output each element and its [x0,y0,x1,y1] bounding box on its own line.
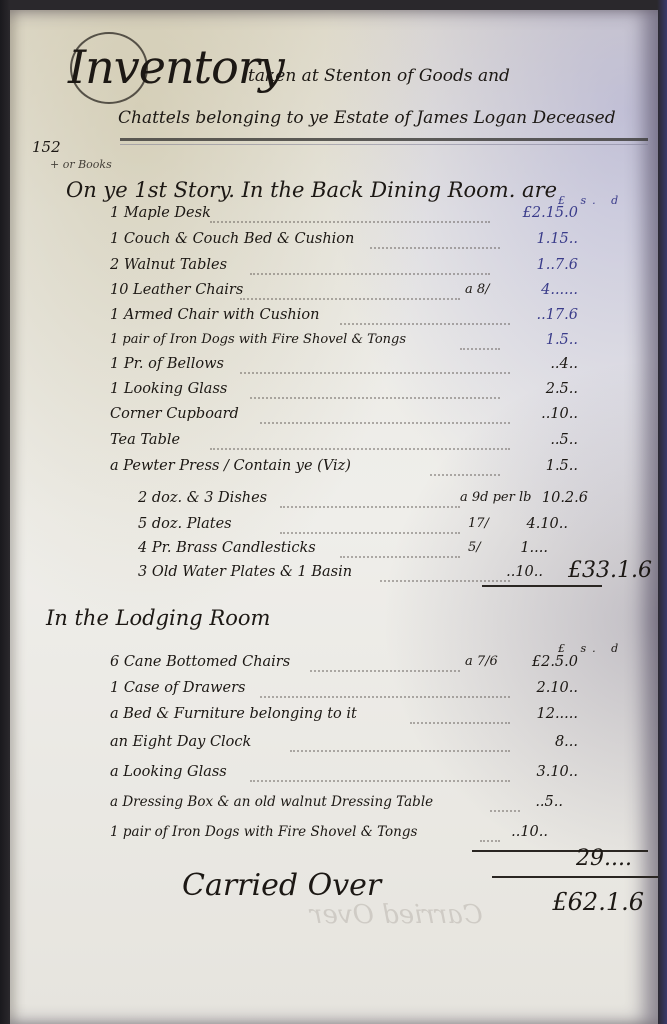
item-description: a Looking Glass [110,764,227,780]
item-description: a Bed & Furniture belonging to it [110,706,357,722]
item-amount: ..5.. [550,432,578,448]
leader-dots [340,323,510,325]
item-rate: a 7/6 [465,654,498,669]
item-amount: 2.5.. [546,381,578,397]
inventory-row: 10 Leather Chairs a 8/ 4...... [10,282,658,308]
leader-dots [240,372,510,374]
leader-dots [380,580,510,582]
section-heading-dining-room: On ye 1st Story. In the Back Dining Room… [66,178,557,202]
inventory-row: a Looking Glass 3.10.. [10,764,658,790]
item-description: Corner Cupboard [110,406,239,422]
item-description: 4 Pr. Brass Candlesticks [138,540,316,556]
leader-dots [310,670,460,672]
item-amount: ..10.. [541,406,578,422]
inventory-row: 1 Pr. of Bellows ..4.. [10,356,658,382]
section-heading-lodging-room: In the Lodging Room [46,606,270,630]
item-description: 5 doz. Plates [138,516,232,532]
inventory-row: an Eight Day Clock 8... [10,734,658,760]
page-number: 152 [32,138,61,156]
item-description: 1 Maple Desk [110,205,211,221]
leader-dots [210,221,490,223]
carried-over-total: £62.1.6 [552,888,644,916]
item-rate: 5/ [468,540,481,555]
title-line-2: Chattels belonging to ye Estate of James… [118,108,616,128]
bleed-through-text: Carried Over [310,900,483,930]
leader-dots [430,474,500,476]
item-amount: ..10.. [511,824,548,840]
item-amount: 4...... [541,282,578,298]
inventory-row: 6 Cane Bottomed Chairs a 7/6 £2.5.0 [10,654,658,680]
item-description: 2 doz. & 3 Dishes [138,490,267,506]
inventory-row: a Bed & Furniture belonging to it 12....… [10,706,658,732]
item-amount: 1.5.. [546,458,578,474]
item-rate: a 9d per lb [460,490,531,505]
item-description: a Dressing Box & an old walnut Dressing … [110,794,433,810]
item-amount: ..17.6 [536,307,578,323]
item-description: a Pewter Press / Contain ye (Viz) [110,458,351,474]
inventory-row: 1 Looking Glass 2.5.. [10,381,658,407]
item-amount: 8... [555,734,578,750]
item-description: 1 Case of Drawers [110,680,245,696]
inventory-row: 1 Maple Desk £2.15.0 [10,205,658,231]
title-line-1: taken at Stenton of Goods and [248,66,510,86]
margin-note: + or Books [50,158,112,171]
item-amount: 12..... [537,706,579,722]
inventory-row: 4 Pr. Brass Candlesticks 5/ 1.... [10,540,658,566]
total-rule [492,876,658,878]
item-rate: 17/ [468,516,489,531]
item-description: Tea Table [110,432,180,448]
leader-dots [410,722,510,724]
item-rate: a 8/ [465,282,490,297]
inventory-row: 1 pair of Iron Dogs with Fire Shovel & T… [10,824,658,850]
leader-dots [280,506,460,508]
leader-dots [260,696,510,698]
inventory-row: Corner Cupboard ..10.. [10,406,658,432]
item-amount: 1.... [520,540,548,556]
item-amount: 1.5.. [546,332,578,348]
item-description: 1 pair of Iron Dogs with Fire Shovel & T… [110,332,406,347]
leader-dots [280,532,460,534]
leader-dots [370,247,500,249]
inventory-row: 2 doz. & 3 Dishes a 9d per lb 10.2.6 [10,490,658,516]
item-description: 2 Walnut Tables [110,257,227,273]
item-description: 3 Old Water Plates & 1 Basin [138,564,352,580]
inventory-row: 1 Armed Chair with Cushion ..17.6 [10,307,658,333]
inventory-row: 1 Couch & Couch Bed & Cushion 1.15.. [10,231,658,257]
item-amount: 10.2.6 [542,490,588,506]
item-description: 1 pair of Iron Dogs with Fire Shovel & T… [110,824,417,840]
leader-dots [340,556,460,558]
item-description: 1 Couch & Couch Bed & Cushion [110,231,354,247]
leader-dots [240,298,460,300]
item-amount: £2.5.0 [532,654,578,670]
title-underline [120,138,648,141]
leader-dots [250,780,510,782]
item-description: 1 Looking Glass [110,381,227,397]
inventory-row: a Pewter Press / Contain ye (Viz) 1.5.. [10,458,658,484]
inventory-row: 1 Case of Drawers 2.10.. [10,680,658,706]
item-amount: ..5.. [535,794,563,810]
manuscript-page: Carried Over Inventory taken at Stenton … [10,10,658,1024]
leader-dots [480,840,500,842]
item-amount: ..4.. [550,356,578,372]
inventory-row: 5 doz. Plates 17/ 4.10.. [10,516,658,542]
inventory-row: a Dressing Box & an old walnut Dressing … [10,794,658,820]
inventory-row: 2 Walnut Tables 1..7.6 [10,257,658,283]
item-description: 10 Leather Chairs [110,282,243,298]
leader-dots [290,750,510,752]
leader-dots [460,348,500,350]
inventory-row: Tea Table ..5.. [10,432,658,458]
item-amount: 1.15.. [536,231,578,247]
item-amount: £2.15.0 [523,205,578,221]
leader-dots [210,448,510,450]
item-amount: 3.10.. [536,764,578,780]
leader-dots [260,422,510,424]
item-amount: 4.10.. [526,516,568,532]
item-description: 1 Armed Chair with Cushion [110,307,319,323]
leader-dots [250,397,500,399]
section-subtotal-dining-room: £33.1.6 [568,558,652,583]
leader-dots [490,810,520,812]
item-description: 1 Pr. of Bellows [110,356,224,372]
section-subtotal-lodging-room: 29.... [576,846,632,871]
item-description: an Eight Day Clock [110,734,251,750]
title-underline-faint [120,144,648,145]
item-description: 6 Cane Bottomed Chairs [110,654,290,670]
carried-over-label: Carried Over [182,868,381,903]
subtotal-rule [482,585,602,587]
item-amount: ..10.. [506,564,543,580]
item-amount: 2.10.. [536,680,578,696]
inventory-row: 1 pair of Iron Dogs with Fire Shovel & T… [10,332,658,358]
item-amount: 1..7.6 [536,257,578,273]
leader-dots [250,273,490,275]
